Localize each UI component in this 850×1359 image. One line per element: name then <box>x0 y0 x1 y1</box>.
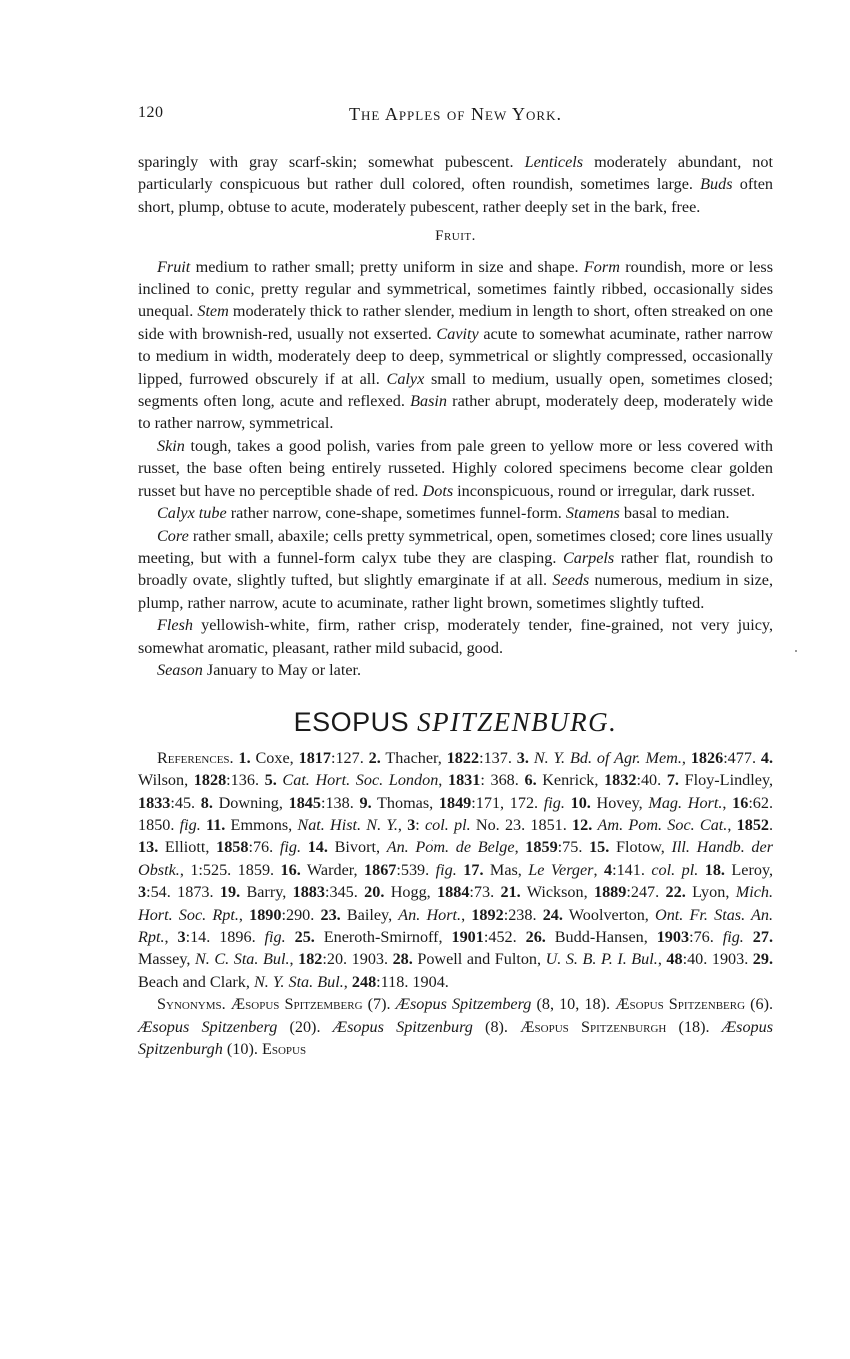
reference-page: :20. 1903. <box>322 950 392 968</box>
reference-volume: 4 <box>604 861 612 879</box>
reference-volume: 1901 <box>451 928 483 946</box>
synonym-name: Æsopus Spitzemberg <box>231 995 363 1013</box>
reference-page: :73. <box>469 883 500 901</box>
synonym-item: Æsopus Spitzemberg (7). <box>231 995 396 1013</box>
reference-publication: Nat. Hist. N. Y. <box>297 816 398 834</box>
reference-number: 17. <box>463 861 483 879</box>
reference-number: 7. <box>667 771 679 789</box>
reference-item: 12. Am. Pom. Soc. Cat., 1852. <box>572 816 773 834</box>
scan-speck <box>432 840 433 841</box>
synonym-refs: (20). <box>277 1018 332 1036</box>
reference-page: :127. <box>331 749 369 767</box>
reference-number: 9. <box>359 794 371 812</box>
reference-item: 13. Elliott, 1858:76. fig. <box>138 838 308 856</box>
reference-item: 28. Powell and Fulton, U. S. B. P. I. Bu… <box>393 950 753 968</box>
reference-number: 8. <box>201 794 213 812</box>
reference-publication: Le Verger <box>528 861 593 879</box>
reference-sep: , <box>722 794 732 812</box>
reference-volume: 48 <box>666 950 682 968</box>
reference-publication: N. Y. Bd. of Agr. Mem. <box>534 749 682 767</box>
fruit-section-heading: Fruit. <box>138 225 773 247</box>
reference-volume: 1859 <box>525 838 557 856</box>
reference-page: :141. <box>612 861 651 879</box>
reference-publication: U. S. B. P. I. Bul. <box>546 950 658 968</box>
reference-note: col. pl. <box>651 861 698 879</box>
reference-publication: N. C. Sta. Bul. <box>195 950 290 968</box>
reference-tail: No. 23. 1851. <box>471 816 572 834</box>
synonym-refs: (8, 10, 18). <box>531 995 615 1013</box>
reference-item: 25. Eneroth-Smirnoff, 1901:452. <box>295 928 526 946</box>
reference-tail <box>744 928 753 946</box>
synonym-refs: (18). <box>666 1018 721 1036</box>
reference-volume: 1822 <box>447 749 479 767</box>
page-body: sparingly with gray scarf-skin; somewhat… <box>138 151 773 1060</box>
reference-author: Warder, <box>301 861 364 879</box>
reference-author: Woolverton, <box>563 906 655 924</box>
reference-volume: 1883 <box>293 883 325 901</box>
reference-page: :118. 1904. <box>376 973 449 991</box>
reference-item: 2. Thacher, 1822:137. <box>369 749 517 767</box>
reference-sep: , <box>515 838 526 856</box>
calyx-tube-paragraph: Calyx tube rather narrow, cone-shape, so… <box>138 502 773 524</box>
reference-volume: 1884 <box>437 883 469 901</box>
reference-number: 1. <box>238 749 250 767</box>
reference-sep: , <box>239 906 249 924</box>
reference-number: 14. <box>308 838 328 856</box>
skin-paragraph: Skin tough, takes a good polish, varies … <box>138 435 773 502</box>
reference-sep: , <box>398 816 407 834</box>
reference-author: Massey, <box>138 950 195 968</box>
reference-page: :136. <box>226 771 264 789</box>
reference-page: :40. 1903. <box>683 950 753 968</box>
reference-note: fig. <box>180 816 201 834</box>
reference-page: :539. <box>396 861 435 879</box>
reference-volume: 182 <box>298 950 322 968</box>
reference-author: Beach and Clark, <box>138 973 254 991</box>
reference-tail <box>286 928 295 946</box>
reference-number: 4. <box>761 749 773 767</box>
reference-page: :247. <box>626 883 665 901</box>
reference-author: Bailey, <box>341 906 399 924</box>
reference-page: : <box>415 816 425 834</box>
synonym-refs: (7). <box>363 995 396 1013</box>
reference-author: Eneroth-Smirnoff, <box>315 928 452 946</box>
synonym-name: Esopus <box>262 1040 306 1058</box>
reference-item: 26. Budd-Hansen, 1903:76. fig. <box>526 928 753 946</box>
reference-volume: 1903 <box>657 928 689 946</box>
reference-volume: 248 <box>352 973 376 991</box>
reference-page: :345. <box>325 883 364 901</box>
running-title: The Apples of New York. <box>138 104 773 125</box>
reference-number: 10. <box>571 794 591 812</box>
reference-page: :40. <box>636 771 666 789</box>
synonym-item: Æsopus Spitzenburg (8). <box>333 1018 520 1036</box>
reference-volume: 3 <box>138 883 146 901</box>
reference-volume: 16 <box>732 794 748 812</box>
reference-author: Thomas, <box>372 794 439 812</box>
reference-page: 1:525. 1859. <box>190 861 280 879</box>
reference-author: Mas, <box>483 861 528 879</box>
reference-page: . <box>769 816 773 834</box>
reference-author: Bivort, <box>328 838 387 856</box>
reference-volume: 1817 <box>299 749 331 767</box>
synonym-name: Æsopus Spitzenberg <box>138 1018 277 1036</box>
season-paragraph: Season January to May or later. <box>138 659 773 681</box>
reference-volume: 1892 <box>471 906 503 924</box>
references-list: 1. Coxe, 1817:127. 2. Thacher, 1822:137.… <box>138 749 773 991</box>
reference-number: 28. <box>393 950 413 968</box>
reference-author: Hovey, <box>591 794 649 812</box>
synonym-name: Æsopus Spitzenburg <box>333 1018 473 1036</box>
reference-publication: Am. Pom. Soc. Cat. <box>598 816 728 834</box>
synonym-name: Æsopus Spitzenberg <box>615 995 745 1013</box>
reference-note: fig. <box>436 861 457 879</box>
synonyms-label: Synonyms. <box>157 995 226 1013</box>
reference-page: :138. <box>321 794 360 812</box>
reference-sep: , <box>344 973 352 991</box>
reference-page: :76. <box>689 928 723 946</box>
reference-page: :137. <box>479 749 517 767</box>
reference-note: fig. <box>723 928 744 946</box>
reference-sep: , <box>290 950 299 968</box>
variety-title: ESOPUS SPITZENBURG. <box>138 711 773 733</box>
reference-volume: 1852 <box>737 816 769 834</box>
reference-number: 3. <box>517 749 529 767</box>
references-label: References. <box>157 749 234 767</box>
reference-sep: , <box>165 928 178 946</box>
reference-volume: 1832 <box>604 771 636 789</box>
reference-number: 27. <box>753 928 773 946</box>
synonym-item: Esopus <box>262 1040 306 1058</box>
reference-author: Wickson, <box>521 883 594 901</box>
reference-author: Flotow, <box>609 838 671 856</box>
reference-publication: An. Pom. de Belge <box>387 838 515 856</box>
reference-number: 16. <box>281 861 301 879</box>
reference-number: 24. <box>543 906 563 924</box>
reference-item: 8. Downing, 1845:138. <box>201 794 360 812</box>
synonyms-paragraph: Synonyms. Æsopus Spitzemberg (7). Æsopus… <box>138 993 773 1060</box>
reference-author: Floy-Lindley, <box>679 771 773 789</box>
reference-publication: Mag. Hort. <box>648 794 722 812</box>
reference-note: fig. <box>280 838 301 856</box>
reference-item: 6. Kenrick, 1832:40. <box>524 771 666 789</box>
reference-item: 23. Bailey, An. Hort., 1892:238. <box>320 906 542 924</box>
reference-number: 22. <box>666 883 686 901</box>
synonym-item: Æsopus Spitzenburgh (18). <box>520 1018 722 1036</box>
references-paragraph: References. 1. Coxe, 1817:127. 2. Thache… <box>138 747 773 993</box>
reference-item: 16. Warder, 1867:539. fig. <box>281 861 464 879</box>
reference-number: 23. <box>320 906 340 924</box>
reference-item: 5. Cat. Hort. Soc. London, 1831: 368. <box>265 771 525 789</box>
reference-author: Wilson, <box>138 771 194 789</box>
reference-number: 6. <box>524 771 536 789</box>
reference-item: 19. Barry, 1883:345. <box>220 883 364 901</box>
reference-page: :238. <box>504 906 543 924</box>
reference-volume: 1831 <box>448 771 480 789</box>
reference-tail <box>301 838 308 856</box>
reference-page: :45. <box>170 794 200 812</box>
reference-item: 3. N. Y. Bd. of Agr. Mem., 1826:477. <box>517 749 761 767</box>
synonym-item: Æsopus Spitzenberg (6). <box>615 995 773 1013</box>
reference-number: 21. <box>500 883 520 901</box>
reference-item: 20. Hogg, 1884:73. <box>364 883 500 901</box>
reference-item: 11. Emmons, Nat. Hist. N. Y., 3: col. pl… <box>206 816 572 834</box>
core-paragraph: Core rather small, abaxile; cells pretty… <box>138 525 773 615</box>
reference-author: Leroy, <box>725 861 773 879</box>
reference-number: 20. <box>364 883 384 901</box>
synonym-name: Æsopus Spitzenburgh <box>520 1018 666 1036</box>
reference-volume: 1889 <box>594 883 626 901</box>
reference-sep: , <box>180 861 191 879</box>
reference-author: Powell and Fulton, <box>413 950 546 968</box>
reference-page: :54. 1873. <box>146 883 220 901</box>
reference-number: 11. <box>206 816 225 834</box>
reference-sep: , <box>461 906 471 924</box>
reference-sep: , <box>682 749 691 767</box>
reference-note: fig. <box>265 928 286 946</box>
reference-volume: 1826 <box>691 749 723 767</box>
reference-number: 5. <box>265 771 277 789</box>
reference-item: 9. Thomas, 1849:171, 172. fig. <box>359 794 570 812</box>
reference-item: 17. Mas, Le Verger, 4:141. col. pl. <box>463 861 704 879</box>
reference-number: 29. <box>753 950 773 968</box>
reference-publication: N. Y. Sta. Bul. <box>254 973 344 991</box>
reference-sep: , <box>727 816 736 834</box>
reference-number: 13. <box>138 838 158 856</box>
reference-item: 21. Wickson, 1889:247. <box>500 883 665 901</box>
synonym-refs: (10). <box>223 1040 262 1058</box>
reference-page: : 368. <box>480 771 524 789</box>
synonym-refs: (6). <box>745 995 773 1013</box>
reference-number: 12. <box>572 816 592 834</box>
reference-volume: 1858 <box>216 838 248 856</box>
reference-author: Emmons, <box>225 816 297 834</box>
reference-item: 1. Coxe, 1817:127. <box>238 749 368 767</box>
reference-number: 2. <box>369 749 381 767</box>
reference-author: Thacher, <box>381 749 447 767</box>
reference-author: Budd-Hansen, <box>546 928 657 946</box>
reference-publication: Cat. Hort. Soc. London <box>282 771 438 789</box>
reference-item: 14. Bivort, An. Pom. de Belge, 1859:75. <box>308 838 589 856</box>
reference-number: 19. <box>220 883 240 901</box>
reference-page: :477. <box>723 749 761 767</box>
reference-volume: 1845 <box>289 794 321 812</box>
flesh-paragraph: Flesh yellowish-white, firm, rather cris… <box>138 614 773 659</box>
reference-page: :76. <box>248 838 279 856</box>
reference-sep: , <box>593 861 604 879</box>
reference-volume: 1828 <box>194 771 226 789</box>
reference-volume: 1867 <box>364 861 396 879</box>
reference-number: 15. <box>589 838 609 856</box>
reference-number: 26. <box>526 928 546 946</box>
reference-note: col. pl. <box>425 816 471 834</box>
reference-page: :171, 172. <box>471 794 544 812</box>
reference-publication: An. Hort. <box>398 906 461 924</box>
reference-number: 25. <box>295 928 315 946</box>
reference-volume: 1833 <box>138 794 170 812</box>
reference-author: Downing, <box>213 794 289 812</box>
synonym-item: Æsopus Spitzenberg (20). <box>138 1018 333 1036</box>
reference-author: Coxe, <box>251 749 299 767</box>
reference-author: Kenrick, <box>537 771 604 789</box>
reference-volume: 3 <box>177 928 185 946</box>
intro-paragraph: sparingly with gray scarf-skin; somewhat… <box>138 151 773 218</box>
reference-page: :452. <box>484 928 526 946</box>
running-header: 120 The Apples of New York. <box>138 104 773 128</box>
reference-page: :290. <box>281 906 320 924</box>
synonym-refs: (8). <box>473 1018 520 1036</box>
reference-volume: 1890 <box>249 906 281 924</box>
reference-page: :75. <box>558 838 589 856</box>
reference-page: :14. 1896. <box>186 928 265 946</box>
reference-author: Lyon, <box>686 883 736 901</box>
reference-author: Barry, <box>240 883 292 901</box>
reference-author: Elliott, <box>158 838 216 856</box>
synonyms-list: Æsopus Spitzemberg (7). Æsopus Spitzembe… <box>138 995 773 1058</box>
scan-speck <box>795 650 797 652</box>
synonym-item: Æsopus Spitzemberg (8, 10, 18). <box>396 995 615 1013</box>
fruit-form-paragraph: Fruit medium to rather small; pretty uni… <box>138 256 773 435</box>
reference-number: 18. <box>705 861 725 879</box>
reference-volume: 1849 <box>439 794 471 812</box>
reference-author: Hogg, <box>384 883 437 901</box>
reference-sep: , <box>438 771 448 789</box>
reference-note: fig. <box>544 794 565 812</box>
synonym-name: Æsopus Spitzemberg <box>396 995 532 1013</box>
